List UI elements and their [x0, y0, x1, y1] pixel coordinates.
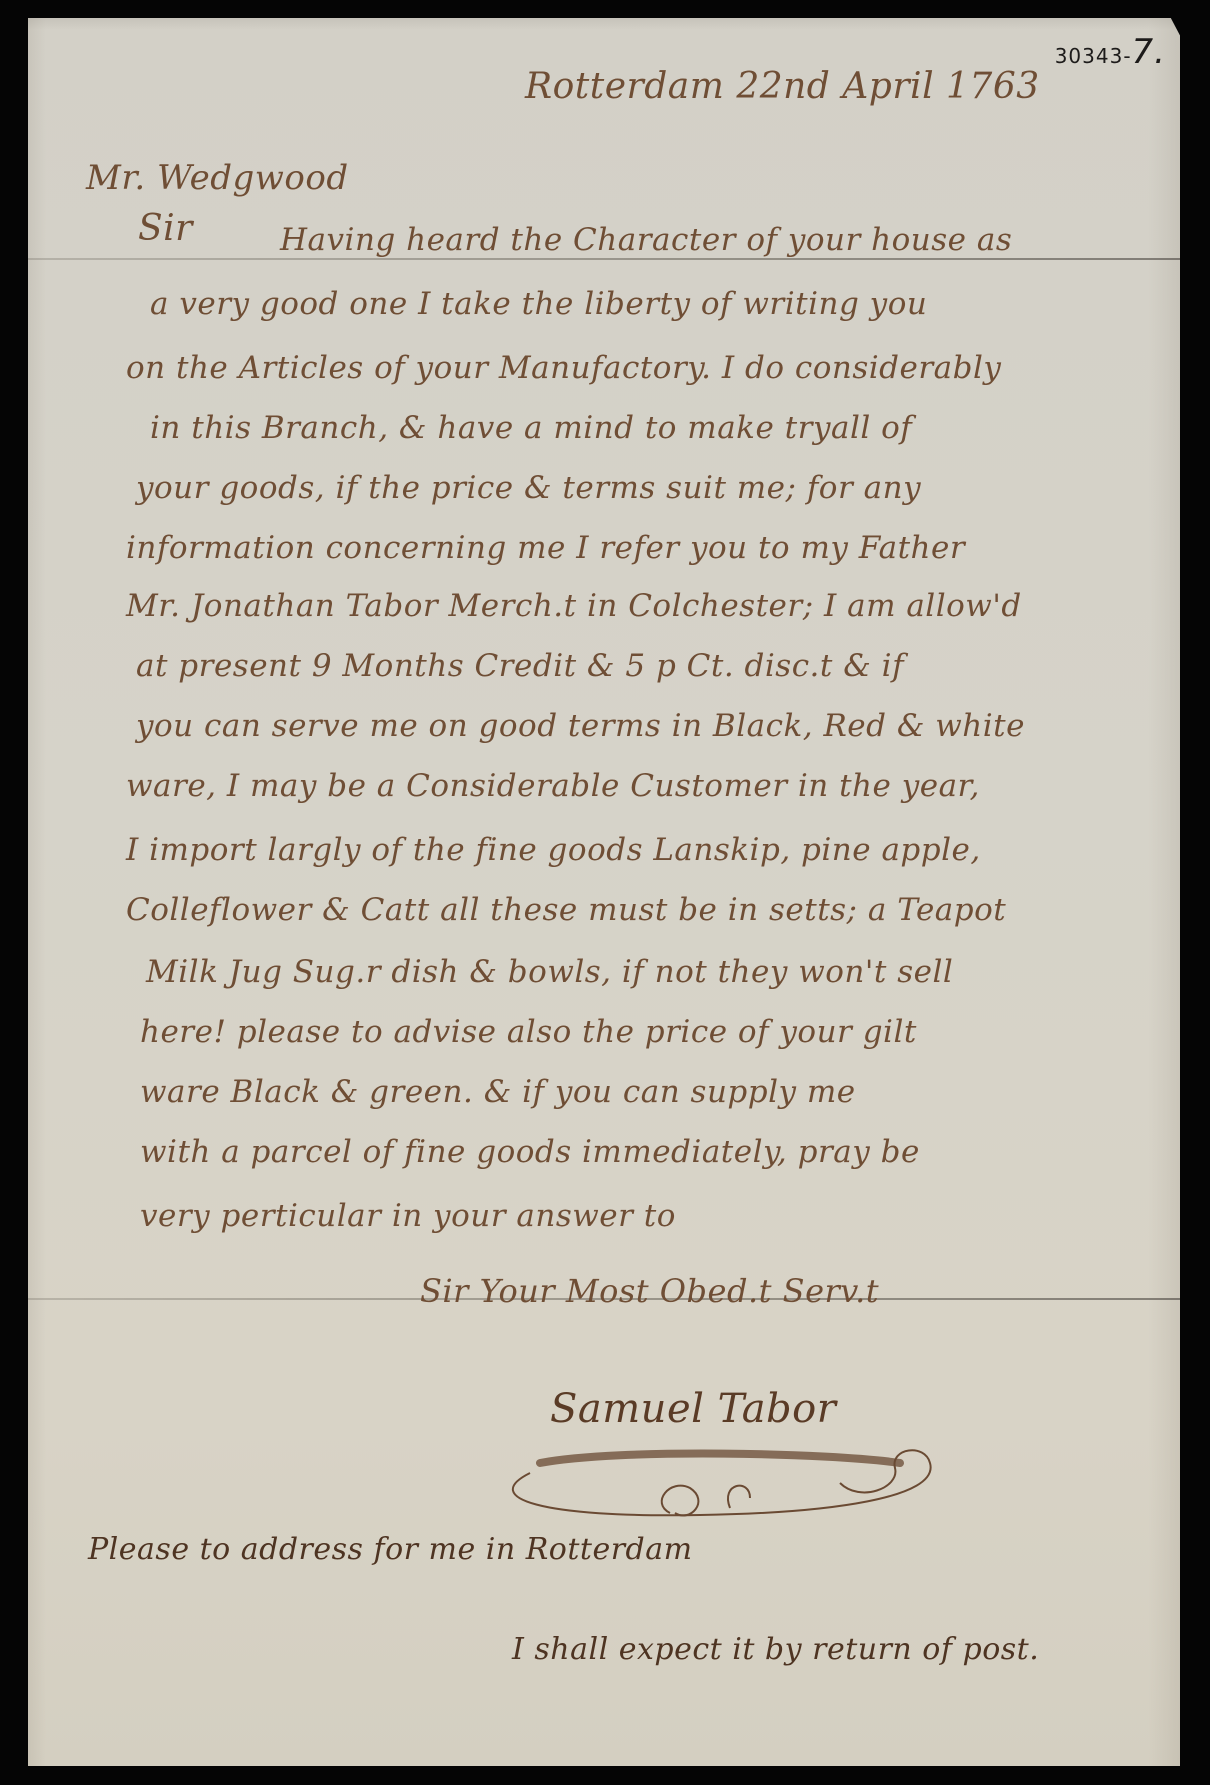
- body-line: information concerning me I refer you to…: [126, 530, 965, 566]
- fold-line-top: [28, 258, 1180, 260]
- catalog-number-main: 30343: [1055, 44, 1124, 68]
- signature: Samuel Tabor: [550, 1386, 836, 1432]
- body-line: ware Black & green. & if you can supply …: [140, 1074, 856, 1110]
- body-line: Mr. Jonathan Tabor Merch.t in Colchester…: [126, 588, 1022, 624]
- recipient: Mr. Wedgwood: [86, 158, 349, 198]
- body-line: on the Articles of your Manufactory. I d…: [126, 350, 1001, 386]
- signature-flourish-icon: [500, 1443, 960, 1523]
- body-line: very perticular in your answer to: [140, 1198, 676, 1234]
- postscript-line: I shall expect it by return of post.: [512, 1632, 1039, 1667]
- body-line: ware, I may be a Considerable Customer i…: [126, 768, 980, 804]
- closing: Sir Your Most Obed.t Serv.t: [420, 1272, 879, 1310]
- dateline: Rotterdam 22nd April 1763: [525, 66, 1040, 107]
- body-line: in this Branch, & have a mind to make tr…: [150, 410, 912, 446]
- catalog-number-suffix: 7.: [1132, 32, 1166, 72]
- postscript-line: Please to address for me in Rotterdam: [88, 1532, 693, 1567]
- body-line: Colleflower & Catt all these must be in …: [126, 892, 1006, 928]
- body-line: you can serve me on good terms in Black,…: [136, 708, 1025, 744]
- body-line: here! please to advise also the price of…: [140, 1014, 917, 1050]
- body-line: at present 9 Months Credit & 5 p Ct. dis…: [136, 648, 904, 684]
- body-line: Having heard the Character of your house…: [280, 222, 1012, 258]
- body-line: I import largly of the fine goods Lanski…: [126, 832, 981, 868]
- salutation: Sir: [138, 208, 193, 249]
- letter-paper: 30343-7. Rotterdam 22nd April 1763 Mr. W…: [28, 18, 1180, 1766]
- body-line: your goods, if the price & terms suit me…: [136, 470, 921, 506]
- body-line: a very good one I take the liberty of wr…: [150, 286, 927, 322]
- body-line: with a parcel of fine goods immediately,…: [140, 1134, 920, 1170]
- body-line: Milk Jug Sug.r dish & bowls, if not they…: [146, 954, 953, 990]
- catalog-number: 30343-7.: [1055, 32, 1166, 72]
